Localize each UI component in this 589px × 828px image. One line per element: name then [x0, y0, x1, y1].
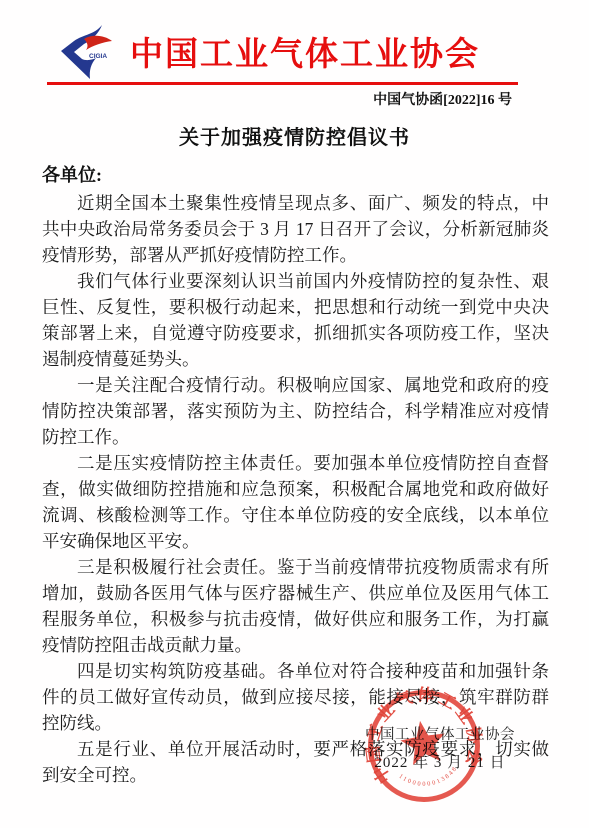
doc-number: 中国气协函[2022]16 号: [373, 89, 512, 109]
document-page: CIGIA 中国工业气体工业协会 中国气协函[2022]16 号 关于加强疫情防…: [0, 0, 589, 828]
signature-date: 2022 年 3 月 21 日: [340, 754, 540, 772]
paragraph-1: 近期全国本土聚集性疫情呈现点多、面广、频发的特点，中共中央政治局常务委员会于 3…: [42, 190, 549, 268]
association-logo: CIGIA: [56, 22, 118, 82]
org-name: 中国工业气体工业协会: [130, 28, 550, 75]
paragraph-3: 一是关注配合疫情行动。积极响应国家、属地党和政府的疫情防控决策部署，落实预防为主…: [42, 372, 549, 450]
signature-block: 中国工业气体工业协会 2022 年 3 月 21 日: [340, 726, 540, 772]
paragraph-2: 我们气体行业要深刻认识当前国内外疫情防控的复杂性、艰巨性、反复性，要积极行动起来…: [42, 268, 549, 372]
document-body: 各单位: 近期全国本土聚集性疫情呈现点多、面广、频发的特点，中共中央政治局常务委…: [42, 160, 549, 788]
logo-shape: [61, 25, 102, 79]
paragraph-6: 四是切实构筑防疫基础。各单位对符合接种疫苗和加强针条件的员工做好宣传动员，做到应…: [42, 658, 549, 736]
paragraph-4: 二是压实疫情防控主体责任。要加强本单位疫情防控自查督查，做实做细防控措施和应急预…: [42, 450, 549, 554]
signature-org: 中国工业气体工业协会: [340, 726, 540, 744]
salutation: 各单位:: [42, 160, 549, 190]
paragraph-5: 三是积极履行社会责任。鉴于当前疫情带抗疫物质需求有所增加，鼓励各医用气体与医疗器…: [42, 554, 549, 658]
letterhead-divider: [47, 82, 518, 85]
logo-flame: [84, 36, 112, 50]
document-title: 关于加强疫情防控倡议书: [0, 121, 589, 150]
logo-cigia-text: CIGIA: [89, 53, 107, 60]
